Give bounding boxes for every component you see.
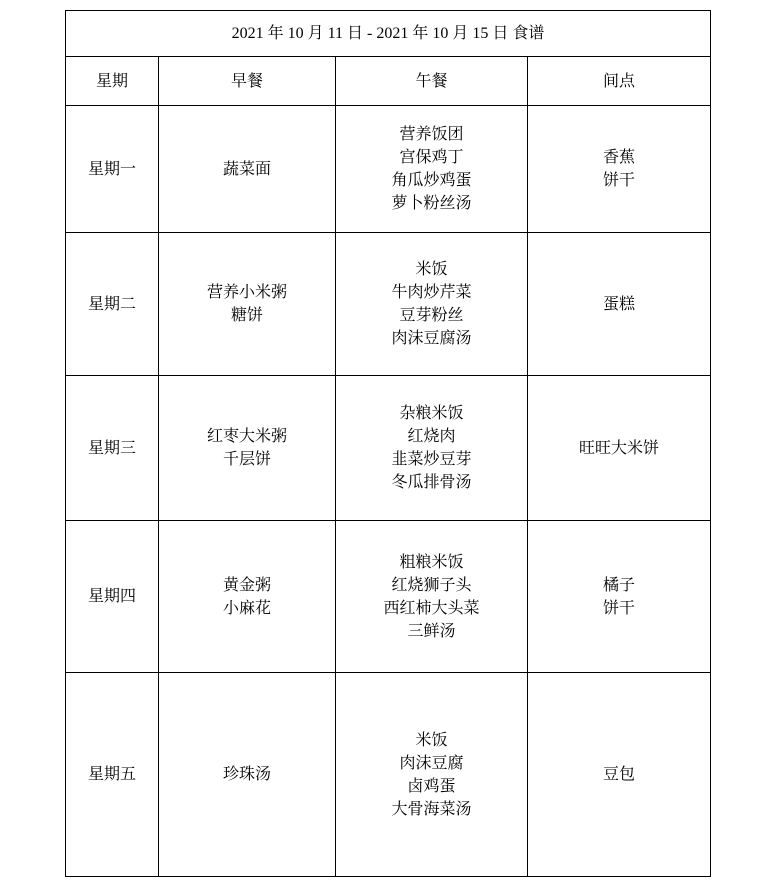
dish-line: 香蕉 xyxy=(528,146,710,169)
lunch-cell: 米饭肉沫豆腐卤鸡蛋大骨海菜汤 xyxy=(336,673,528,877)
dish-line: 牛肉炒芹菜 xyxy=(336,281,527,304)
dish-line: 橘子 xyxy=(528,574,710,597)
dish-line: 杂粮米饭 xyxy=(336,402,527,425)
day-cell: 星期五 xyxy=(66,673,159,877)
lunch-cell: 米饭牛肉炒芹菜豆芽粉丝肉沫豆腐汤 xyxy=(336,233,528,376)
dish-line: 粗粮米饭 xyxy=(336,551,527,574)
dish-line: 萝卜粉丝汤 xyxy=(336,192,527,215)
dish-line: 米饭 xyxy=(336,729,527,752)
dish-line: 豆芽粉丝 xyxy=(336,304,527,327)
breakfast-cell: 珍珠汤 xyxy=(159,673,336,877)
header-row: 星期 早餐 午餐 间点 xyxy=(66,57,711,106)
col-header-snack: 间点 xyxy=(528,57,711,106)
table-title: 2021 年 10 月 11 日 - 2021 年 10 月 15 日 食谱 xyxy=(66,11,711,57)
day-cell: 星期三 xyxy=(66,376,159,521)
day-cell: 星期四 xyxy=(66,521,159,673)
dish-line: 营养小米粥 xyxy=(159,281,335,304)
table-row: 星期二营养小米粥糖饼米饭牛肉炒芹菜豆芽粉丝肉沫豆腐汤蛋糕 xyxy=(66,233,711,376)
table-row: 星期三红枣大米粥千层饼杂粮米饭红烧肉韭菜炒豆芽冬瓜排骨汤旺旺大米饼 xyxy=(66,376,711,521)
dish-line: 韭菜炒豆芽 xyxy=(336,448,527,471)
lunch-cell: 粗粮米饭红烧狮子头西红柿大头菜三鲜汤 xyxy=(336,521,528,673)
dish-line: 蔬菜面 xyxy=(159,158,335,181)
dish-line: 西红柿大头菜 xyxy=(336,597,527,620)
dish-line: 千层饼 xyxy=(159,448,335,471)
snack-cell: 旺旺大米饼 xyxy=(528,376,711,521)
dish-line: 蛋糕 xyxy=(528,293,710,316)
snack-cell: 香蕉饼干 xyxy=(528,106,711,233)
menu-table: 2021 年 10 月 11 日 - 2021 年 10 月 15 日 食谱 星… xyxy=(65,10,711,877)
menu-table-body: 星期一蔬菜面营养饭团宫保鸡丁角瓜炒鸡蛋萝卜粉丝汤香蕉饼干星期二营养小米粥糖饼米饭… xyxy=(66,106,711,877)
col-header-breakfast: 早餐 xyxy=(159,57,336,106)
dish-line: 旺旺大米饼 xyxy=(528,437,710,460)
dish-line: 肉沫豆腐汤 xyxy=(336,327,527,350)
dish-line: 黄金粥 xyxy=(159,574,335,597)
breakfast-cell: 黄金粥小麻花 xyxy=(159,521,336,673)
breakfast-cell: 营养小米粥糖饼 xyxy=(159,233,336,376)
lunch-cell: 杂粮米饭红烧肉韭菜炒豆芽冬瓜排骨汤 xyxy=(336,376,528,521)
table-row: 星期一蔬菜面营养饭团宫保鸡丁角瓜炒鸡蛋萝卜粉丝汤香蕉饼干 xyxy=(66,106,711,233)
dish-line: 糖饼 xyxy=(159,304,335,327)
dish-line: 小麻花 xyxy=(159,597,335,620)
dish-line: 冬瓜排骨汤 xyxy=(336,471,527,494)
col-header-day: 星期 xyxy=(66,57,159,106)
breakfast-cell: 蔬菜面 xyxy=(159,106,336,233)
snack-cell: 豆包 xyxy=(528,673,711,877)
dish-line: 米饭 xyxy=(336,258,527,281)
dish-line: 大骨海菜汤 xyxy=(336,798,527,821)
dish-line: 红烧肉 xyxy=(336,425,527,448)
dish-line: 宫保鸡丁 xyxy=(336,146,527,169)
col-header-lunch: 午餐 xyxy=(336,57,528,106)
table-row: 星期五珍珠汤米饭肉沫豆腐卤鸡蛋大骨海菜汤豆包 xyxy=(66,673,711,877)
dish-line: 饼干 xyxy=(528,597,710,620)
dish-line: 肉沫豆腐 xyxy=(336,752,527,775)
dish-line: 饼干 xyxy=(528,169,710,192)
dish-line: 营养饭团 xyxy=(336,123,527,146)
day-cell: 星期二 xyxy=(66,233,159,376)
dish-line: 卤鸡蛋 xyxy=(336,775,527,798)
title-row: 2021 年 10 月 11 日 - 2021 年 10 月 15 日 食谱 xyxy=(66,11,711,57)
dish-line: 红烧狮子头 xyxy=(336,574,527,597)
day-cell: 星期一 xyxy=(66,106,159,233)
table-row: 星期四黄金粥小麻花粗粮米饭红烧狮子头西红柿大头菜三鲜汤橘子饼干 xyxy=(66,521,711,673)
dish-line: 角瓜炒鸡蛋 xyxy=(336,169,527,192)
snack-cell: 蛋糕 xyxy=(528,233,711,376)
dish-line: 珍珠汤 xyxy=(159,763,335,786)
breakfast-cell: 红枣大米粥千层饼 xyxy=(159,376,336,521)
dish-line: 红枣大米粥 xyxy=(159,425,335,448)
dish-line: 三鲜汤 xyxy=(336,620,527,643)
lunch-cell: 营养饭团宫保鸡丁角瓜炒鸡蛋萝卜粉丝汤 xyxy=(336,106,528,233)
snack-cell: 橘子饼干 xyxy=(528,521,711,673)
dish-line: 豆包 xyxy=(528,763,710,786)
